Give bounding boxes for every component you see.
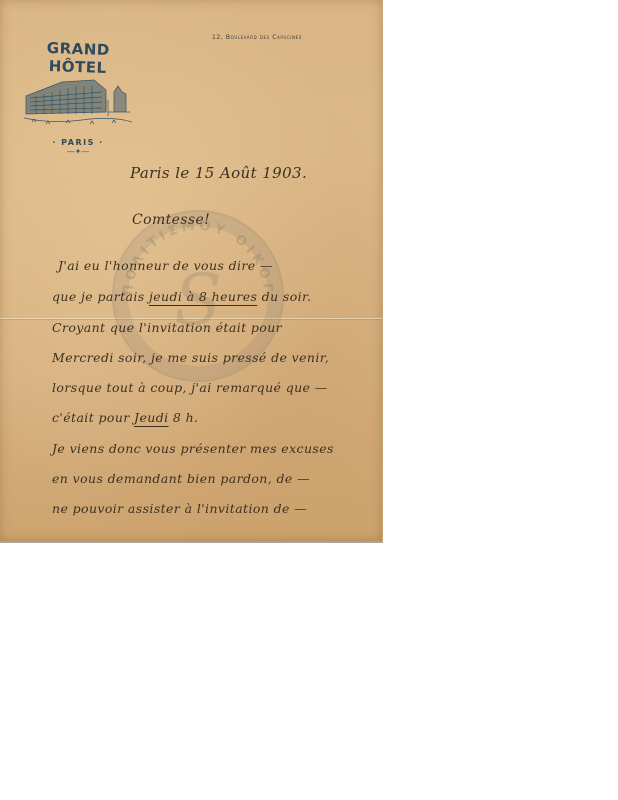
letter-line: c'était pour Jeudi 8 h.: [52, 410, 198, 425]
letter-date: Paris le 15 Août 1903.: [130, 164, 307, 182]
hotel-building-engraving-icon: [22, 68, 134, 130]
letter-line: J'ai eu l'honneur de vous dire —: [58, 258, 273, 273]
letterhead-address: 12, Boulevard des Capucines: [212, 34, 302, 41]
underlined-phrase: jeudi à 8 heures: [149, 289, 257, 304]
letter-line: que je partais jeudi à 8 heures du soir.: [52, 289, 311, 304]
letter-line: Croyant que l'invitation était pour: [52, 320, 282, 335]
letterhead-ornament: —✦—: [22, 147, 134, 156]
letter-salutation: Comtesse!: [132, 212, 210, 228]
letter-line: Je viens donc vous présenter mes excuses: [52, 441, 334, 456]
letter-line: en vous demandant bien pardon, de —: [52, 471, 310, 486]
underlined-phrase: Jeudi: [134, 410, 168, 425]
letter-line: lorsque tout à coup, j'ai remarqué que —: [52, 380, 328, 395]
letter-line: Mercredi soir, je me suis pressé de veni…: [52, 350, 329, 365]
letter-line: ne pouvoir assister à l'invitation de —: [52, 501, 307, 516]
letterhead-city: · PARIS ·: [22, 138, 134, 147]
letter-page: ΠΟΛΙΤΙΣΜΟΥ ΟΙΚΟΓ S GRAND HÔTEL · PARIS ·…: [0, 0, 383, 543]
